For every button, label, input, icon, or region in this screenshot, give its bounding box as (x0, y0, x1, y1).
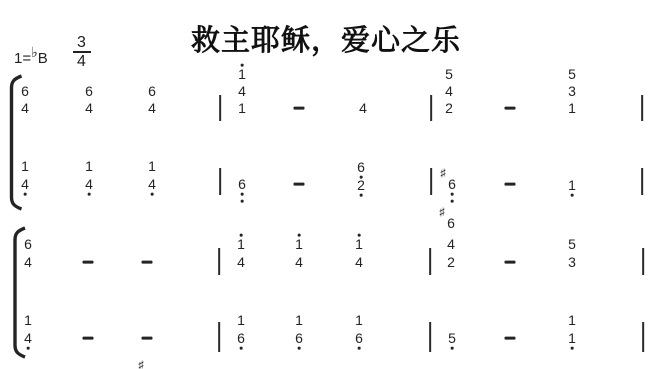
note-digit: 4 (359, 101, 367, 115)
clipped-sharp-accidental: ♯ (138, 361, 144, 369)
note-digit: 1 (238, 101, 246, 115)
note-digit: 6 (447, 216, 455, 230)
octave-dot-below (451, 347, 454, 350)
octave-dot-below (24, 193, 27, 196)
barline (641, 95, 643, 121)
note-digit: 4 (21, 177, 29, 191)
note-digit: 4 (85, 177, 93, 191)
note-digit: 6 (148, 84, 156, 98)
note-digit: 1 (568, 331, 576, 345)
dash-sustain (142, 337, 153, 340)
sharp-accidental: ♯ (440, 169, 446, 180)
barline (430, 168, 432, 195)
barline (642, 322, 644, 352)
note-digit: 4 (21, 101, 29, 115)
note-digit: 1 (237, 313, 245, 327)
bracket-layer (0, 0, 652, 369)
note-digit: 6 (24, 237, 32, 251)
dash-sustain (294, 107, 305, 110)
note-digit: 4 (295, 255, 303, 269)
octave-dot-above (358, 234, 361, 237)
note-digit: 1 (295, 313, 303, 327)
note-digit: 6 (21, 84, 29, 98)
barline (218, 322, 220, 352)
note-digit: 1 (295, 237, 303, 251)
note-digit: 5 (568, 67, 576, 81)
octave-dot-below (451, 200, 454, 203)
note-digit: 6 (237, 331, 245, 345)
barline (218, 248, 220, 275)
note-digit: 6 (357, 160, 365, 174)
octave-dot-below (571, 194, 574, 197)
octave-dot-below (240, 347, 243, 350)
octave-dot-below (360, 194, 363, 197)
note-digit: 2 (357, 178, 365, 192)
note-digit: 1 (85, 159, 93, 173)
note-digit: 6 (448, 177, 456, 191)
note-digit: 5 (568, 237, 576, 251)
note-digit: 1 (238, 67, 246, 81)
dash-sustain (505, 107, 516, 110)
note-digit: 6 (295, 331, 303, 345)
note-digit: 4 (355, 255, 363, 269)
dash-sustain (142, 261, 153, 264)
octave-dot-below (88, 193, 91, 196)
octave-dot-above (241, 64, 244, 67)
barline (642, 248, 644, 275)
octave-dot-below (298, 347, 301, 350)
note-digit: 1 (21, 159, 29, 173)
note-digit: 4 (85, 101, 93, 115)
note-digit: 2 (445, 101, 453, 115)
note-digit: 5 (445, 67, 453, 81)
note-digit: 1 (237, 237, 245, 251)
octave-dot-below (451, 193, 454, 196)
note-digit: 3 (568, 84, 576, 98)
barline (429, 322, 431, 352)
octave-dot-below (151, 193, 154, 196)
octave-dot-above (240, 234, 243, 237)
octave-dot-below (571, 347, 574, 350)
octave-dot-below (358, 347, 361, 350)
note-digit: 4 (445, 84, 453, 98)
octave-dot-below (241, 200, 244, 203)
note-digit: 1 (568, 178, 576, 192)
note-digit: 1 (355, 313, 363, 327)
dash-sustain (83, 337, 94, 340)
note-digit: 5 (448, 331, 456, 345)
note-digit: 1 (568, 101, 576, 115)
dash-sustain (505, 261, 516, 264)
note-digit: 4 (148, 101, 156, 115)
note-digit: 4 (238, 84, 246, 98)
note-digit: 6 (355, 331, 363, 345)
barline (430, 95, 432, 121)
octave-dot-above (298, 234, 301, 237)
note-digit: 3 (568, 255, 576, 269)
barline (219, 168, 221, 195)
octave-dot-below (27, 347, 30, 350)
sheet-music-page: 救主耶稣，爱心之乐 1=♭B 3 4 646464141454253114141… (0, 0, 652, 369)
note-digit: 1 (148, 159, 156, 173)
sharp-accidental: ♯ (439, 208, 445, 219)
note-digit: 4 (447, 237, 455, 251)
note-digit: 4 (24, 331, 32, 345)
note-digit: 1 (355, 237, 363, 251)
dash-sustain (505, 337, 516, 340)
staff-bracket (12, 76, 22, 209)
dash-sustain (83, 261, 94, 264)
barline (429, 248, 431, 275)
dash-sustain (505, 183, 516, 186)
note-digit: 1 (568, 313, 576, 327)
note-digit: 4 (237, 255, 245, 269)
barline (219, 95, 221, 121)
note-digit: 1 (24, 313, 32, 327)
barline (641, 168, 643, 195)
note-digit: 6 (238, 177, 246, 191)
note-digit: 2 (447, 255, 455, 269)
dash-sustain (294, 183, 305, 186)
note-digit: 4 (148, 177, 156, 191)
note-digit: 4 (24, 255, 32, 269)
octave-dot-below (241, 193, 244, 196)
note-digit: 6 (85, 84, 93, 98)
